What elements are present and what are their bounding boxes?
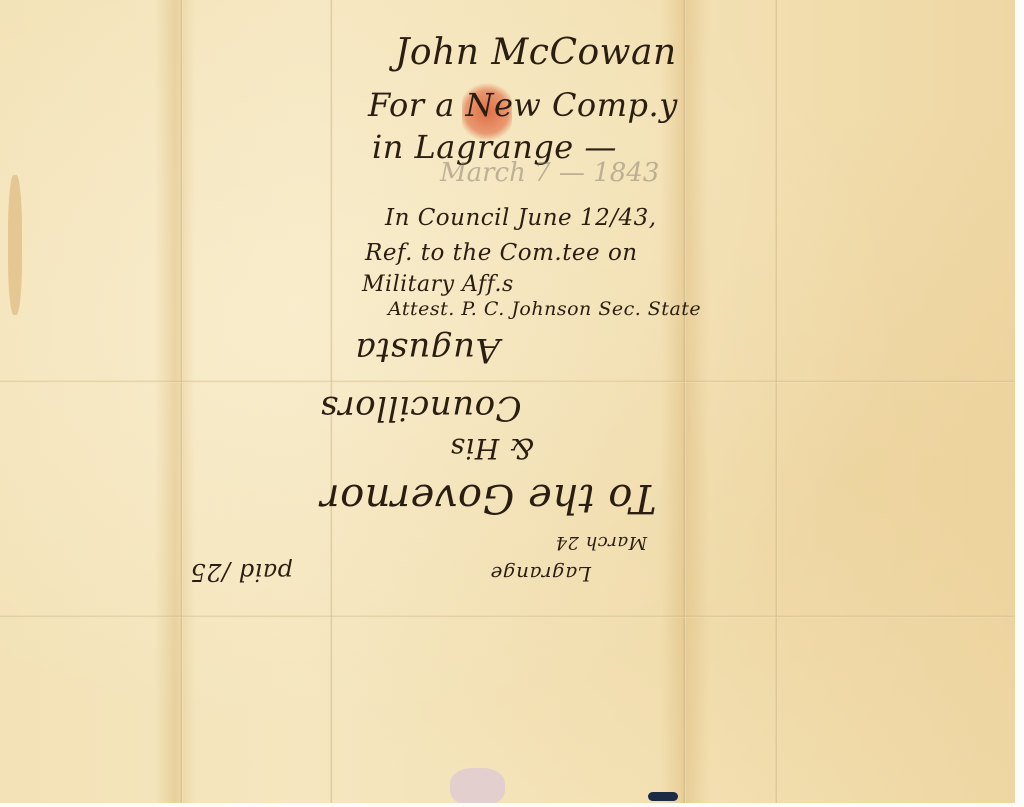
ink-blot — [648, 792, 678, 801]
wax-residue — [450, 768, 505, 803]
postage-paid: paid /25 — [190, 558, 293, 586]
water-stain — [8, 175, 22, 315]
fold-line — [775, 0, 778, 803]
committee-line: Military Aff.s — [362, 272, 514, 297]
docket-name: John McCowan — [395, 32, 677, 73]
postmark-town: Lagrange — [490, 562, 591, 586]
referral-line: Ref. to the Com.tee on — [365, 240, 638, 266]
address-line-governor: To the Governor — [320, 475, 656, 521]
fold-shadow — [155, 0, 195, 803]
docket-subject: For a New Comp.y — [368, 86, 678, 124]
address-line-councillors: Councillors — [320, 388, 522, 428]
fold-line — [683, 0, 686, 803]
council-date: In Council June 12/43, — [385, 205, 657, 231]
address-line-his: & His — [450, 432, 534, 465]
attest-line: Attest. P. C. Johnson Sec. State — [388, 298, 701, 320]
address-place: Augusta — [355, 330, 500, 370]
postmark-date: March 24 — [555, 532, 647, 553]
fold-line — [180, 0, 183, 803]
document-page: John McCowan For a New Comp.y in Lagrang… — [0, 0, 1015, 803]
fold-line — [0, 615, 1015, 618]
fold-line — [0, 380, 1015, 383]
pencil-date: March 7 — 1843 — [440, 158, 659, 188]
